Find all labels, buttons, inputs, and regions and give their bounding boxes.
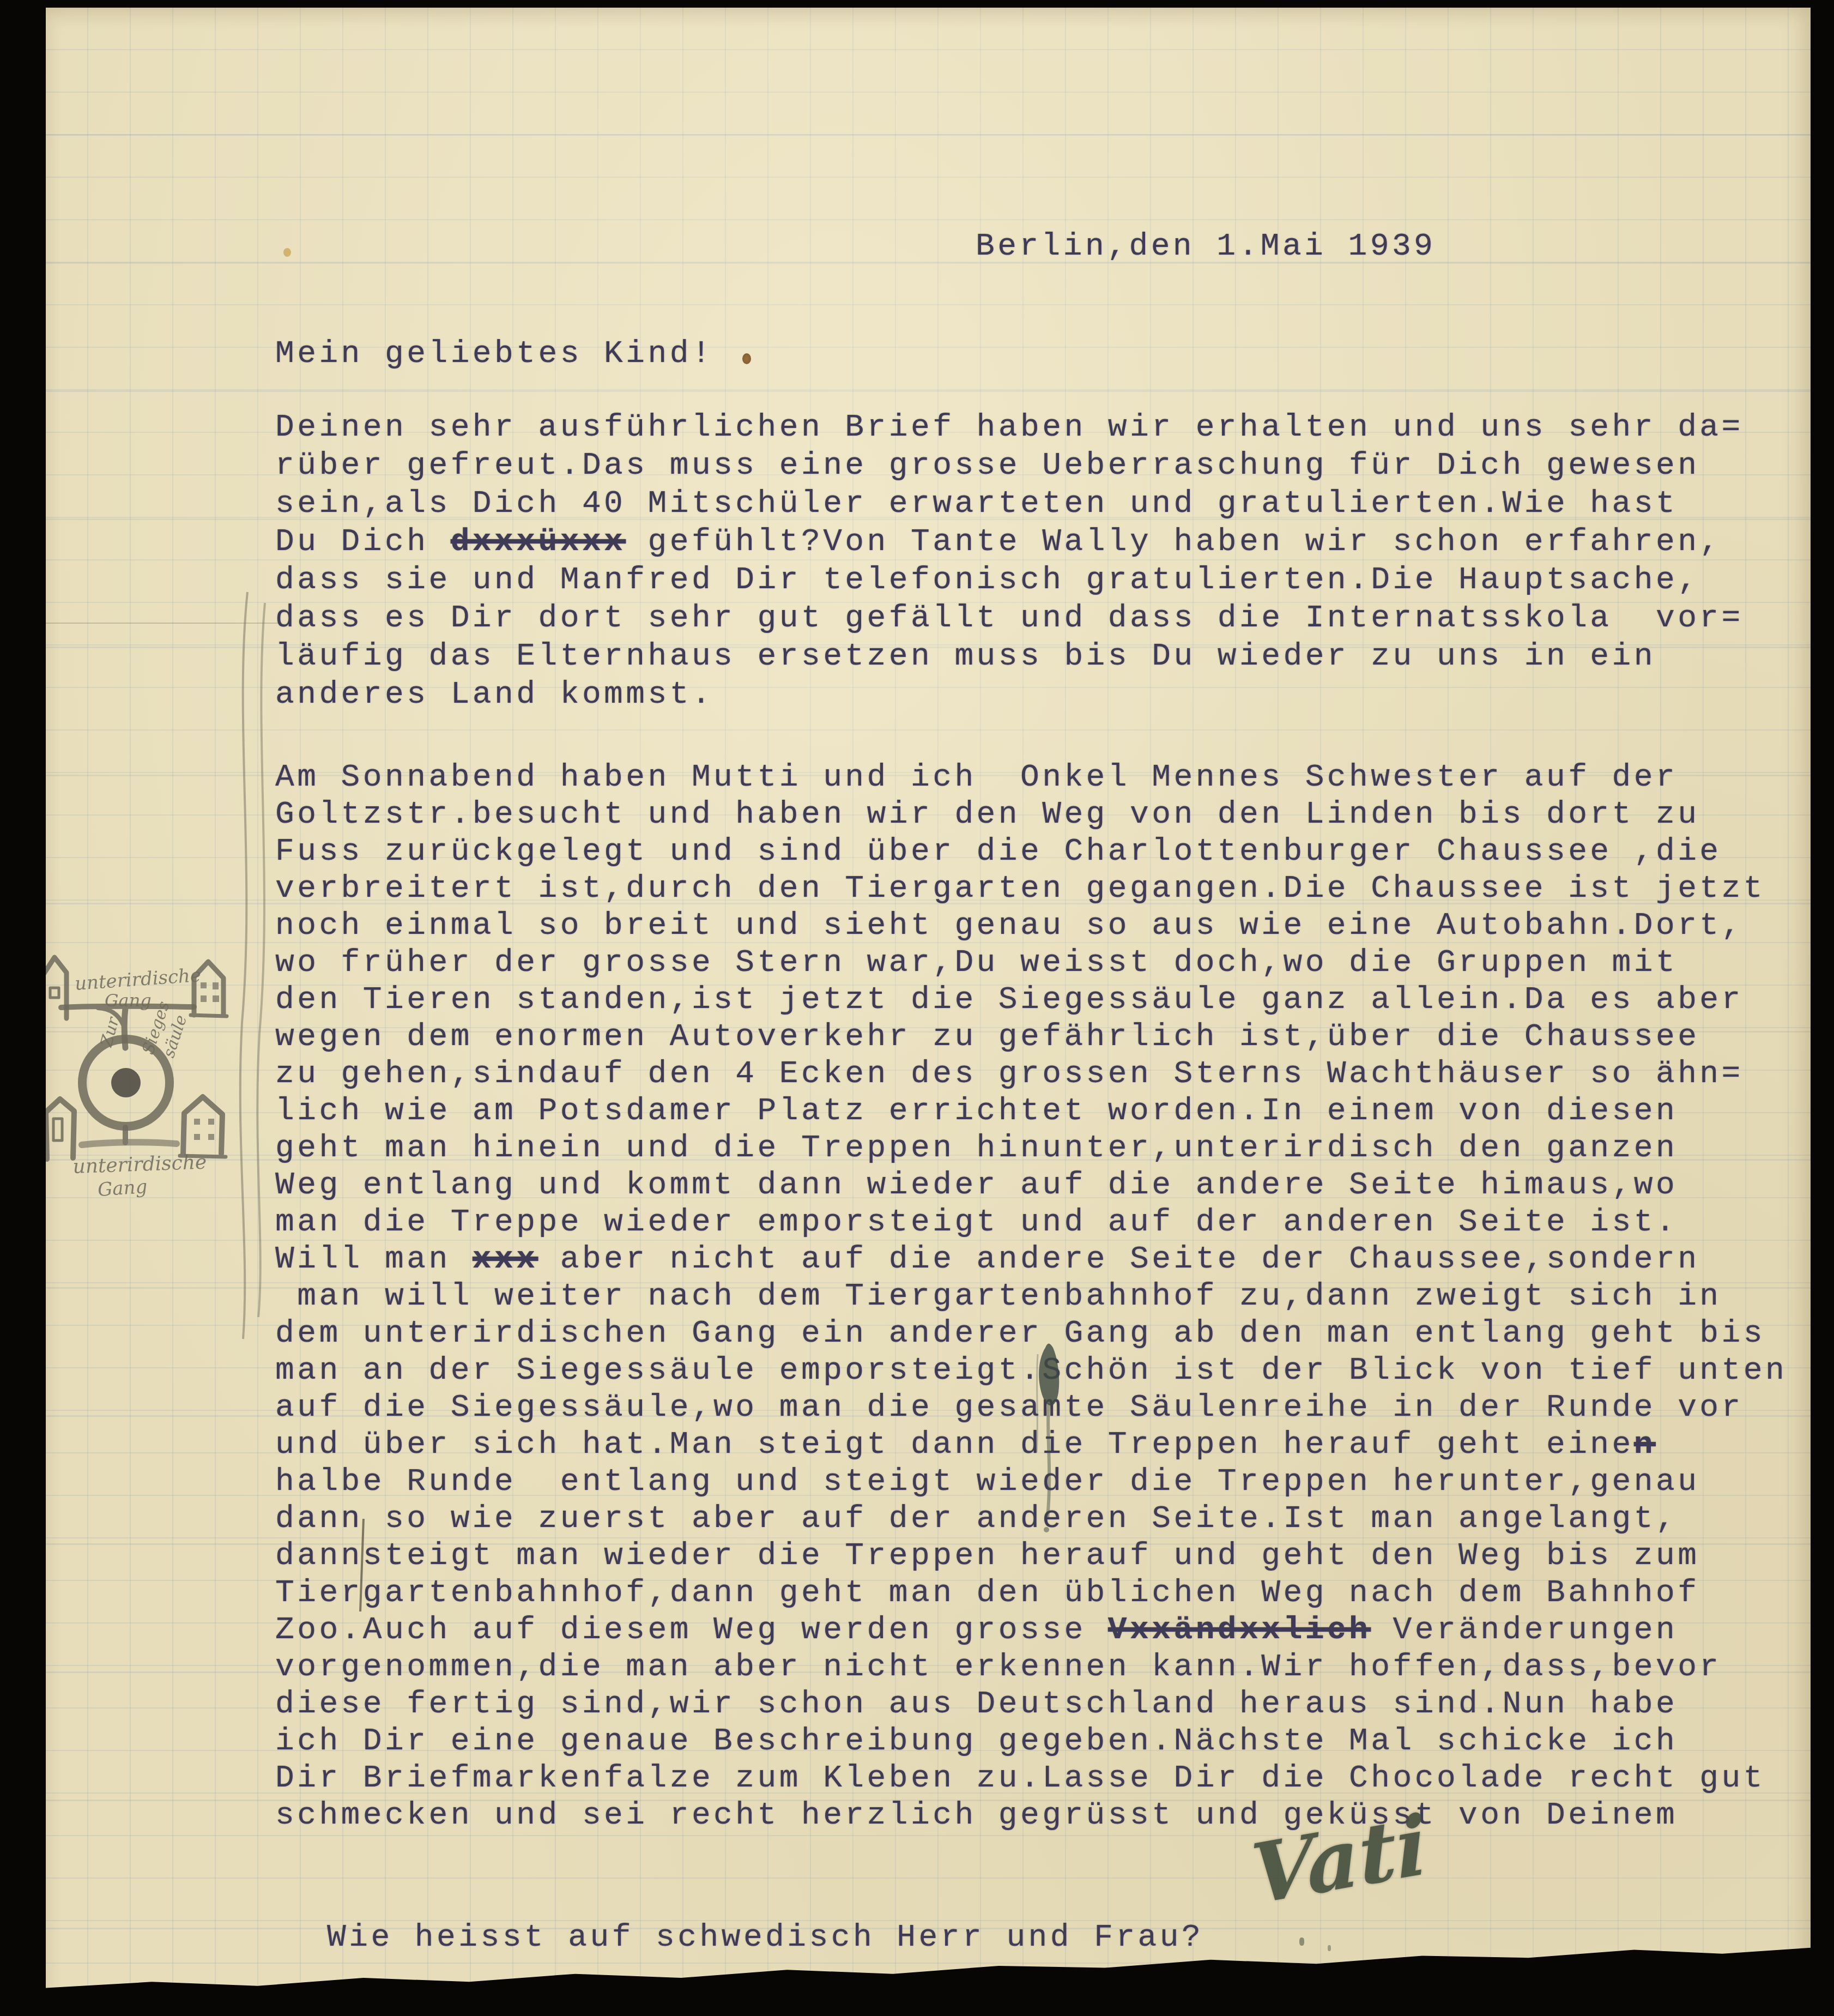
margin-sketch: unterirdische Gang Zur Sieges säule unte… <box>46 954 275 1314</box>
sketch-label-zur: Zur <box>97 1015 124 1049</box>
typed-line: zu gehen,sindauf den 4 Ecken des grossen… <box>275 1056 1787 1093</box>
typed-text: und über sich hat.Man steigt dann die Tr… <box>275 1427 1634 1463</box>
guardhouse-icon <box>46 1099 74 1159</box>
paragraph-2: Am Sonnabend haben Mutti und ich Onkel M… <box>275 759 1787 1834</box>
typed-line: wegen dem enormen Autoverkehr zu gefährl… <box>275 1019 1787 1056</box>
ink-speck <box>1299 1937 1304 1946</box>
paper-stain <box>283 248 291 257</box>
typed-line: Tiergartenbahnhof,dann geht man den übli… <box>275 1575 1787 1612</box>
sketch-label-bottom-2: Gang <box>97 1176 148 1201</box>
paper-stain <box>742 353 751 364</box>
struck-text: Vxxändxxlich <box>1108 1613 1371 1648</box>
typed-line: läufig das Elternhaus ersetzen muss bis … <box>275 638 1744 676</box>
typed-line: den Tieren standen,ist jetzt die Siegess… <box>275 982 1787 1019</box>
typed-line: verbreitert ist,durch den Tiergarten geg… <box>275 871 1787 908</box>
typed-text: Zoo.Auch auf diesem Weg werden grosse <box>275 1613 1108 1648</box>
typed-line: wo früher der grosse Stern war,Du weisst… <box>275 945 1787 982</box>
typed-line: geht man hinein und die Treppen hinunter… <box>275 1130 1787 1167</box>
typed-line: Goltzstr.besucht und haben wir den Weg v… <box>275 796 1787 834</box>
typed-line: rüber gefreut.Das muss eine grosse Ueber… <box>275 447 1744 485</box>
letter-paper: Berlin,den 1.Mai 1939 Mein geliebtes Kin… <box>46 8 1811 2016</box>
typed-line: dass sie und Manfred Dir telefonisch gra… <box>275 562 1744 600</box>
typed-line: lich wie am Potsdamer Platz errichtet wo… <box>275 1093 1787 1130</box>
ink-speck <box>1328 1945 1331 1951</box>
typed-text: Du Dich <box>275 524 451 560</box>
paragraph-1: Deinen sehr ausführlichen Brief haben wi… <box>275 409 1744 714</box>
typed-line: Deinen sehr ausführlichen Brief haben wi… <box>275 409 1744 447</box>
typed-line: schmecken und sei recht herzlich gegrüss… <box>275 1797 1787 1834</box>
typed-line: man die Treppe wieder emporsteigt und au… <box>275 1204 1787 1241</box>
ink-blot <box>1027 1338 1092 1545</box>
sketch-label-top-2: Gang <box>105 990 152 1011</box>
typed-line: Am Sonnabend haben Mutti und ich Onkel M… <box>275 759 1787 796</box>
typed-line: ich Dir eine genaue Beschreibung gegeben… <box>275 1723 1787 1760</box>
typed-line: Fuss zurückgelegt und sind über die Char… <box>275 834 1787 871</box>
guardhouse-icon <box>180 1097 226 1157</box>
date-line: Berlin,den 1.Mai 1939 <box>976 228 1436 266</box>
typed-line: Du Dich dxxxüxxx gefühlt?Von Tante Wally… <box>275 523 1744 562</box>
salutation: Mein geliebtes Kind! <box>275 335 713 373</box>
typed-line: noch einmal so breit und sieht genau so … <box>275 908 1787 945</box>
typed-text: Veränderungen <box>1371 1613 1678 1648</box>
typed-text: gefühlt?Von Tante Wally haben wir schon … <box>626 524 1721 560</box>
scanned-letter-page: { "colors": { "paper": "#e7ddba", "typew… <box>0 0 1834 2016</box>
typed-line: Zoo.Auch auf diesem Weg werden grosse Vx… <box>275 1612 1787 1649</box>
typed-line: vorgenommen,die man aber nicht erkennen … <box>275 1649 1787 1686</box>
typed-text: aber nicht auf die andere Seite der Chau… <box>538 1242 1699 1277</box>
guardhouse-icon <box>46 957 66 1019</box>
typed-line: Weg entlang und kommt dann wieder auf di… <box>275 1167 1787 1204</box>
struck-text: dxxxüxxx <box>451 524 626 560</box>
typed-line: man will weiter nach dem Tiergartenbahnh… <box>275 1278 1787 1315</box>
typed-line: diese fertig sind,wir schon aus Deutschl… <box>275 1686 1787 1723</box>
struck-text: n <box>1634 1427 1656 1463</box>
typed-line: anderes Land kommst. <box>275 676 1744 714</box>
struck-text: xxx <box>473 1242 538 1277</box>
postscript: Wie heisst auf schwedisch Herr und Frau? <box>327 1919 1203 1957</box>
typed-line: Will man xxx aber nicht auf die andere S… <box>275 1241 1787 1278</box>
typed-line: Dir Briefmarkenfalze zum Kleben zu.Lasse… <box>275 1760 1787 1797</box>
typed-line: sein,als Dich 40 Mitschüler erwarteten u… <box>275 485 1744 523</box>
typed-line: dass es Dir dort sehr gut gefällt und da… <box>275 600 1744 638</box>
sketch-label-bottom-1: unterirdische <box>72 1151 207 1178</box>
